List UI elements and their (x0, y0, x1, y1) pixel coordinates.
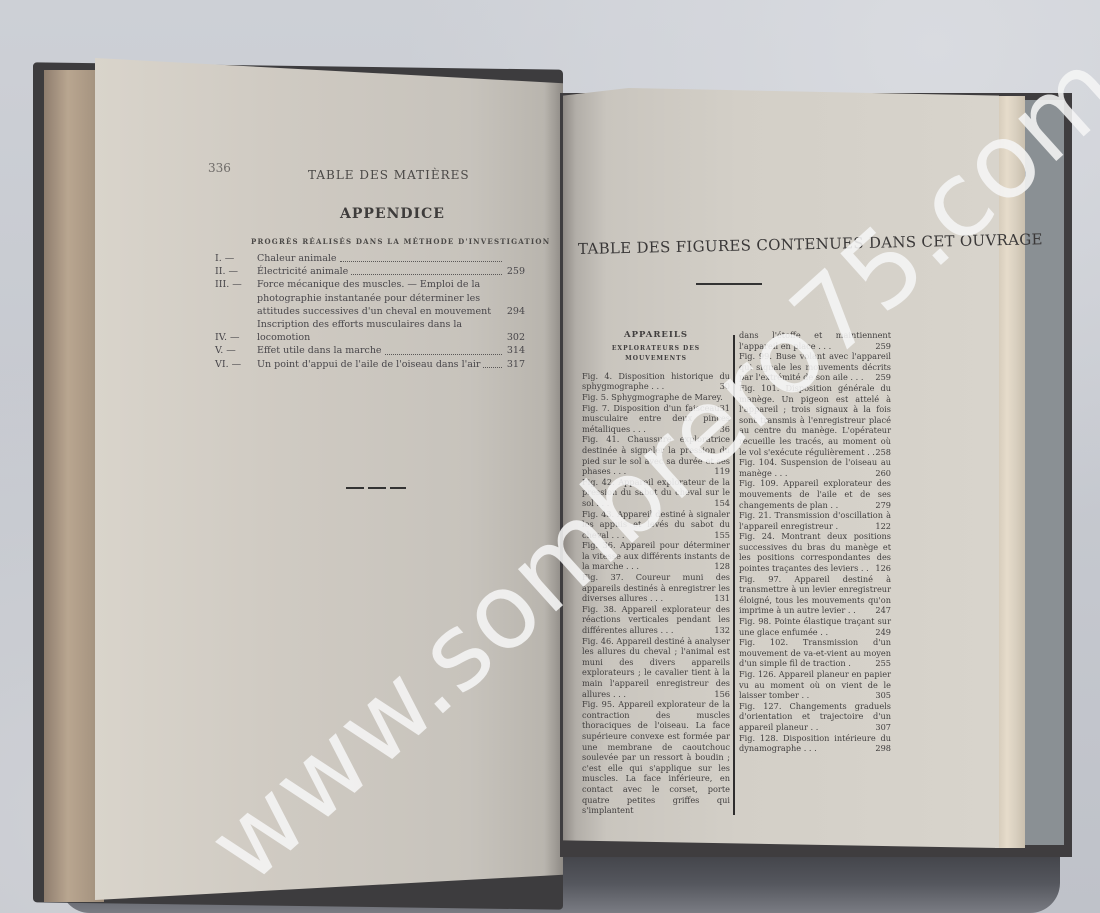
title-rule (696, 283, 762, 285)
figure-entry: Fig. 97. Appareil destiné à transmettre … (739, 574, 891, 616)
column-heading: APPAREILS (582, 330, 730, 341)
toc-entry: IV. — Inscription des efforts musculaire… (215, 318, 525, 344)
figure-entry: Fig. 126. Appareil planeur en papier vu … (739, 669, 891, 701)
toc-entry: VI. — Un point d'appui de l'aile de l'oi… (215, 358, 525, 371)
figure-entry: Fig. 21. Transmission d'oscillation à l'… (739, 510, 891, 531)
figure-entry: Fig. 95. Appareil explorateur de la cont… (582, 699, 730, 816)
figure-entry: Fig. 104. Suspension de l'oiseau au manè… (739, 457, 891, 478)
page-number: 336 (208, 161, 231, 175)
figure-entry: Fig. 98. Pointe élastique traçant sur un… (739, 616, 891, 637)
toc-entry: I. — Chaleur animale (215, 252, 525, 265)
end-ornament (346, 487, 406, 489)
figure-entry: Fig. 128. Disposition intérieure du dyna… (739, 733, 891, 754)
figure-entry: Fig. 102. Transmission d'un mouvement de… (739, 637, 891, 669)
toc-entry: V. — Effet utile dans la marche 314 (215, 344, 525, 357)
figure-entry: Fig. 109. Appareil explorateur des mouve… (739, 478, 891, 510)
section-subtitle: PROGRÈS RÉALISÉS DANS LA MÉTHODE D'INVES… (251, 237, 550, 246)
running-head: TABLE DES MATIÈRES (308, 168, 470, 182)
figure-entry: Fig. 127. Changements graduels d'orienta… (739, 701, 891, 733)
appendix-toc: I. — Chaleur animale II. — Électricité a… (215, 252, 525, 371)
toc-entry: III. — Force mécanique des muscles. — Em… (215, 278, 525, 318)
figure-entry: Fig. 38. Appareil explorateur des réacti… (582, 604, 730, 636)
figure-entry: Fig. 46. Appareil destiné à analyser les… (582, 636, 730, 700)
toc-entry: II. — Électricité animale 259 (215, 265, 525, 278)
section-title: APPENDICE (340, 206, 445, 222)
figure-entry: Fig. 24. Montrant deux positions success… (739, 531, 891, 573)
